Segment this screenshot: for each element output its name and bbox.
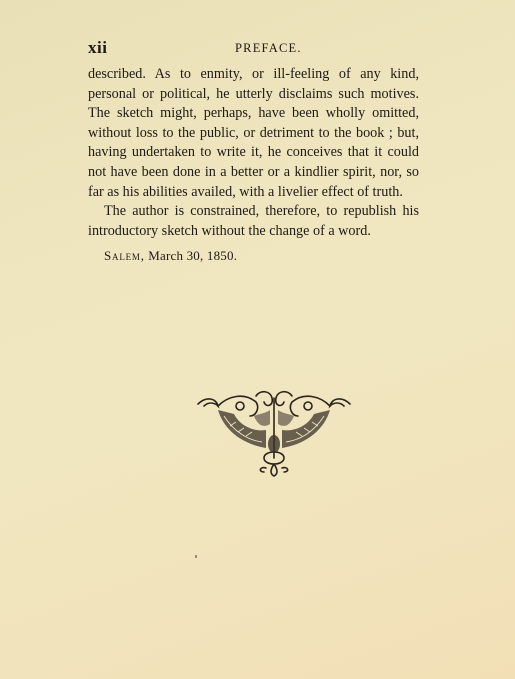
paragraph: The author is constrained, therefore, to… <box>88 202 419 241</box>
paper-speck <box>195 555 197 558</box>
paragraph-continued: described. As to enmity, or ill-feeling … <box>88 65 419 202</box>
running-title: PREFACE. <box>235 41 302 56</box>
body-text: described. As to enmity, or ill-feeling … <box>88 65 419 241</box>
book-page: xii PREFACE. described. As to enmity, or… <box>0 0 515 679</box>
dateline-date: March 30, 1850. <box>145 248 237 263</box>
page-number: xii <box>88 38 107 58</box>
dateline: Salem, March 30, 1850. <box>104 248 237 264</box>
running-head: xii PREFACE. <box>88 38 418 58</box>
dateline-place: Salem, <box>104 248 145 263</box>
tailpiece-ornament-icon <box>194 386 354 478</box>
